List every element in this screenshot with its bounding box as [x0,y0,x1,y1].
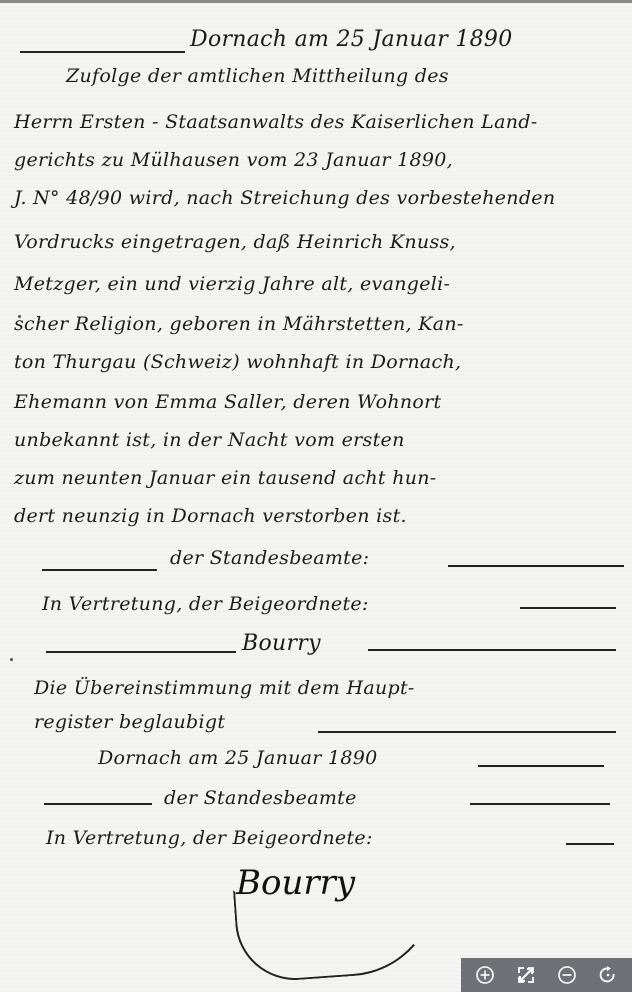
text-line-7: scher Religion, geboren in Mährstetten, … [14,309,464,339]
zoom-out-button[interactable] [554,962,580,988]
blank-rule [470,803,610,805]
text-line-12: dert neunzig in Dornach verstorben ist. [14,501,407,531]
text-line: Herrn Ersten - Staatsanwalts des Kaiserl… [0,107,632,137]
registrar-label: der Standesbeamte: [170,543,369,573]
text-line-4: J. N° 48/90 wird, nach Streichung des vo… [14,183,555,213]
zoom-out-icon [557,965,577,985]
text-line-5: Vordrucks eingetragen, daß Heinrich Knus… [14,227,456,257]
blank-rule [368,649,616,651]
blank-rule [566,843,614,845]
text-line-2: Herrn Ersten - Staatsanwalts des Kaiserl… [14,107,537,137]
blank-rule [44,803,152,805]
scan-speck [10,658,13,661]
handwritten-signature: Bourry [236,863,355,903]
fullscreen-button[interactable] [513,962,539,988]
blank-rule [20,51,185,53]
date-heading-line: Dornach am 25 Januar 1890 [0,25,632,55]
deputy-line-2: In Vertretung, der Beigeordnete: [0,823,632,853]
certification-date: Dornach am 25 Januar 1890 [98,743,378,773]
text-line-8: ton Thurgau (Schweiz) wohnhaft in Dornac… [14,347,461,377]
text-line: gerichts zu Mülhausen vom 23 Januar 1890… [0,145,632,175]
blank-rule [478,765,604,767]
text-line: zum neunten Januar ein tausend acht hun- [0,463,632,493]
text-line: Metzger, ein und vierzig Jahre alt, evan… [0,269,632,299]
text-line-9: Ehemann von Emma Saller, deren Wohnort [14,387,441,417]
registrar-label-2: der Standesbeamte [164,783,357,813]
text-line: unbekannt ist, in der Nacht vom ersten [0,425,632,455]
fullscreen-icon [516,965,536,985]
signer-line: Bourry [0,629,632,659]
text-line: register beglaubigt [0,707,632,737]
text-line: ton Thurgau (Schweiz) wohnhaft in Dornac… [0,347,632,377]
text-line-11: zum neunten Januar ein tausend acht hun- [14,463,437,493]
text-line: Die Übereinstimmung mit dem Haupt- [0,673,632,703]
rotate-button[interactable] [595,962,621,988]
document-scan: Dornach am 25 Januar 1890 Zufolge der am… [0,0,632,992]
scan-speck [18,315,21,318]
blank-rule [448,565,624,567]
blank-rule [42,569,157,571]
signer-name: Bourry [242,629,321,659]
registrar-line: der Standesbeamte: [0,543,632,573]
text-line: J. N° 48/90 wird, nach Streichung des vo… [0,183,632,213]
image-viewer-toolbar [461,958,632,992]
text-line: scher Religion, geboren in Mährstetten, … [0,309,632,339]
registrar-line-2: der Standesbeamte [0,783,632,813]
text-line-6: Metzger, ein und vierzig Jahre alt, evan… [14,269,450,299]
text-line: dert neunzig in Dornach verstorben ist. [0,501,632,531]
deputy-label-2: In Vertretung, der Beigeordnete: [46,823,373,853]
blank-rule [318,731,616,733]
text-line-10: unbekannt ist, in der Nacht vom ersten [14,425,405,455]
certification-line-2: register beglaubigt [34,707,225,737]
text-line: Dornach am 25 Januar 1890 [0,743,632,773]
text-line: Ehemann von Emma Saller, deren Wohnort [0,387,632,417]
text-line-3: gerichts zu Mülhausen vom 23 Januar 1890… [14,145,453,175]
blank-rule [520,607,616,609]
certification-line-1: Die Übereinstimmung mit dem Haupt- [34,673,415,703]
text-line: Vordrucks eingetragen, daß Heinrich Knus… [0,227,632,257]
deputy-label: In Vertretung, der Beigeordnete: [42,589,369,619]
zoom-in-button[interactable] [472,962,498,988]
text-line: Zufolge der amtlichen Mittheilung des [0,61,632,91]
date-heading: Dornach am 25 Januar 1890 [190,25,513,55]
deputy-line: In Vertretung, der Beigeordnete: [0,589,632,619]
zoom-in-icon [475,965,495,985]
rotate-icon [598,965,618,985]
blank-rule [46,651,236,653]
text-line-1: Zufolge der amtlichen Mittheilung des [66,61,449,91]
